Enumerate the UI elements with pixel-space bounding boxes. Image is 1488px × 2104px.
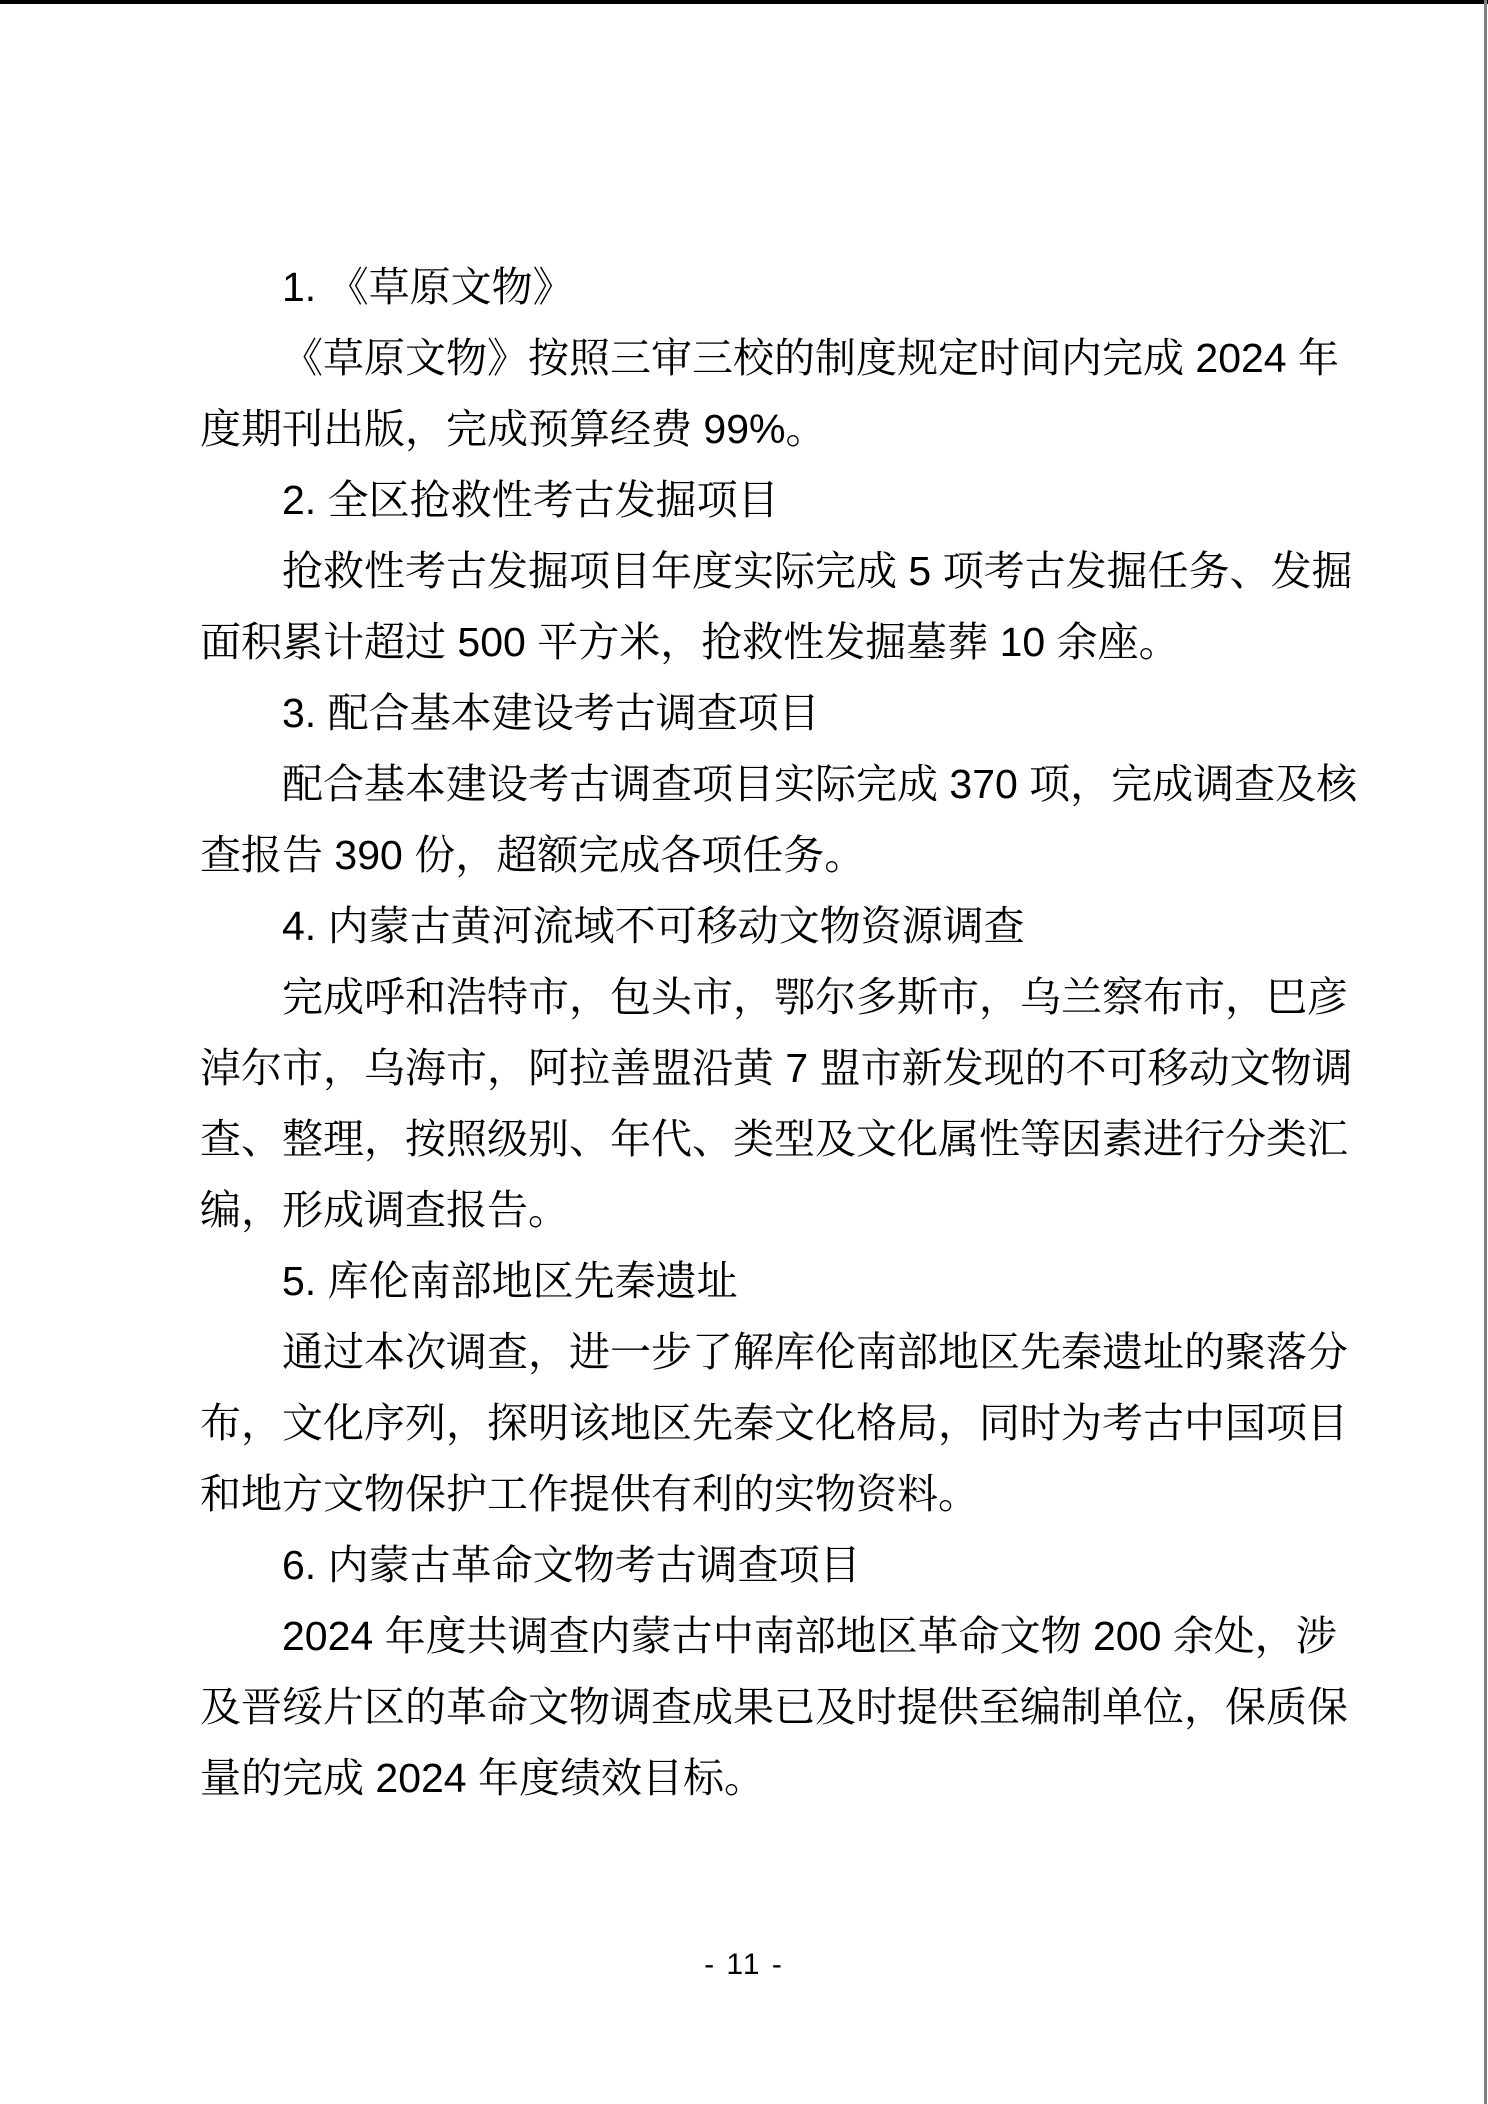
text-line: 查、整理，按照级别、年代、类型及文化属性等因素进行分类汇 [200, 1104, 1304, 1175]
text-line: 及晋绥片区的革命文物调查成果已及时提供至编制单位，保质保 [200, 1672, 1304, 1743]
text-line: 布，文化序列，探明该地区先秦文化格局，同时为考古中国项目 [200, 1388, 1304, 1459]
text-line: 度期刊出版，完成预算经费 99%。 [200, 394, 1304, 465]
item-4-title: 4. 内蒙古黄河流域不可移动文物资源调查 [200, 891, 1304, 962]
text-line: 面积累计超过 500 平方米，抢救性发掘墓葬 10 余座。 [200, 607, 1304, 678]
item-2-body: 抢救性考古发掘项目年度实际完成 5 项考古发掘任务、发掘面积累计超过 500 平… [200, 536, 1304, 678]
text-line: 抢救性考古发掘项目年度实际完成 5 项考古发掘任务、发掘 [200, 536, 1304, 607]
text-line: 淖尔市，乌海市，阿拉善盟沿黄 7 盟市新发现的不可移动文物调 [200, 1033, 1304, 1104]
text-line: 和地方文物保护工作提供有利的实物资料。 [200, 1459, 1304, 1530]
text-line: 3. 配合基本建设考古调查项目 [200, 678, 1304, 749]
item-1-body: 《草原文物》按照三审三校的制度规定时间内完成 2024 年度期刊出版，完成预算经… [200, 323, 1304, 465]
text-line: 2. 全区抢救性考古发掘项目 [200, 465, 1304, 536]
text-line: 2024 年度共调查内蒙古中南部地区革命文物 200 余处，涉 [200, 1601, 1304, 1672]
page-number: - 11 - [0, 1948, 1488, 1982]
item-3-body: 配合基本建设考古调查项目实际完成 370 项，完成调查及核查报告 390 份，超… [200, 749, 1304, 891]
item-4-body: 完成呼和浩特市，包头市，鄂尔多斯市，乌兰察布市，巴彦淖尔市，乌海市，阿拉善盟沿黄… [200, 962, 1304, 1246]
text-line: 《草原文物》按照三审三校的制度规定时间内完成 2024 年 [200, 323, 1304, 394]
document-page: 1. 《草原文物》《草原文物》按照三审三校的制度规定时间内完成 2024 年度期… [0, 0, 1488, 2104]
item-6-title: 6. 内蒙古革命文物考古调查项目 [200, 1530, 1304, 1601]
text-line: 6. 内蒙古革命文物考古调查项目 [200, 1530, 1304, 1601]
text-line: 查报告 390 份，超额完成各项任务。 [200, 820, 1304, 891]
item-3-title: 3. 配合基本建设考古调查项目 [200, 678, 1304, 749]
item-2-title: 2. 全区抢救性考古发掘项目 [200, 465, 1304, 536]
text-line: 配合基本建设考古调查项目实际完成 370 项，完成调查及核 [200, 749, 1304, 820]
item-5-title: 5. 库伦南部地区先秦遗址 [200, 1246, 1304, 1317]
page-right-border [1484, 0, 1487, 2104]
text-line: 通过本次调查，进一步了解库伦南部地区先秦遗址的聚落分 [200, 1317, 1304, 1388]
text-line: 编，形成调查报告。 [200, 1175, 1304, 1246]
text-line: 量的完成 2024 年度绩效目标。 [200, 1743, 1304, 1814]
text-line: 4. 内蒙古黄河流域不可移动文物资源调查 [200, 891, 1304, 962]
item-6-body: 2024 年度共调查内蒙古中南部地区革命文物 200 余处，涉及晋绥片区的革命文… [200, 1601, 1304, 1814]
text-line: 1. 《草原文物》 [200, 252, 1304, 323]
text-line: 5. 库伦南部地区先秦遗址 [200, 1246, 1304, 1317]
page-top-border [0, 0, 1488, 4]
item-5-body: 通过本次调查，进一步了解库伦南部地区先秦遗址的聚落分布，文化序列，探明该地区先秦… [200, 1317, 1304, 1530]
text-line: 完成呼和浩特市，包头市，鄂尔多斯市，乌兰察布市，巴彦 [200, 962, 1304, 1033]
item-1-title: 1. 《草原文物》 [200, 252, 1304, 323]
document-content: 1. 《草原文物》《草原文物》按照三审三校的制度规定时间内完成 2024 年度期… [200, 252, 1304, 1814]
